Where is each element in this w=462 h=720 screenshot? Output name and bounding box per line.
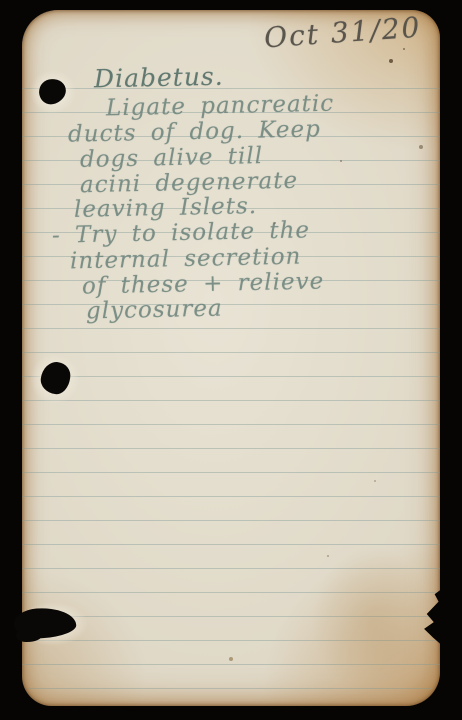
photo-background: Oct 31/20 Diabetus. Ligate pancreatic du… <box>0 0 462 720</box>
handwritten-line: acini degenerate <box>80 169 299 198</box>
paper-stain <box>312 546 432 696</box>
note-title: Diabetus. <box>94 65 224 92</box>
handwritten-line: glycosurea <box>86 297 223 324</box>
date-annotation: Oct 31/20 <box>263 11 422 55</box>
handwritten-line: ducts of dog. Keep <box>68 117 321 146</box>
handwritten-line: dogs alive till <box>80 144 264 172</box>
handwritten-line: leaving Islets. <box>74 194 258 222</box>
notebook-page: Oct 31/20 Diabetus. Ligate pancreatic du… <box>22 10 440 706</box>
paper-specks <box>22 10 24 12</box>
handwritten-line: of these + relieve <box>82 269 325 298</box>
